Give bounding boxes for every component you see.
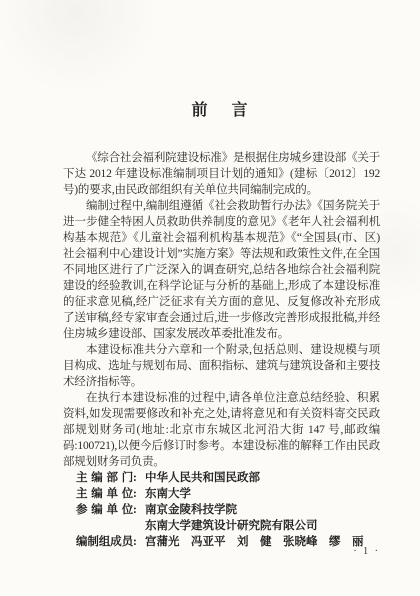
preface-paragraph-3: 本建设标准共分六章和一个附录,包括总则、建设规模与项目构成、选址与规划布局、面积…	[63, 342, 380, 390]
credit-row-participating-unit: 参编单位:南京金陵科技学院	[63, 502, 380, 518]
page-number: · 1 ·	[353, 546, 380, 557]
credit-label: 编制组成员	[76, 534, 133, 550]
credit-row-chief-department: 主编部门:中华人民共和国民政部	[63, 470, 380, 486]
credit-row-chief-unit: 主编单位:东南大学	[63, 486, 380, 502]
preface-paragraph-4: 在执行本建设标准的过程中,请各单位注意总结经验、积累资料,如发现需要修改和补充之…	[63, 390, 380, 470]
credit-value: 中华人民共和国民政部	[145, 472, 260, 484]
credit-row-participating-unit-2: 东南大学建筑设计研究院有限公司	[63, 518, 380, 534]
credit-value: 宫蒲光 冯亚平 刘 健 张晓峰 缪 丽	[145, 536, 364, 548]
credit-row-drafting-members: 编制组成员:宫蒲光 冯亚平 刘 健 张晓峰 缪 丽	[63, 534, 380, 550]
credit-colon: :	[133, 502, 145, 518]
credit-label: 主编部门	[76, 470, 133, 486]
credit-colon: :	[133, 534, 145, 550]
preface-paragraph-1: 《综合社会福利院建设标准》是根据住房城乡建设部《关于下达 2012 年建设标准编…	[63, 150, 380, 198]
preface-content: 《综合社会福利院建设标准》是根据住房城乡建设部《关于下达 2012 年建设标准编…	[63, 150, 380, 550]
credit-value: 东南大学	[145, 488, 191, 500]
credit-label: 参编单位	[76, 502, 133, 518]
credit-value: 东南大学建筑设计研究院有限公司	[145, 520, 318, 532]
preface-paragraph-2: 编制过程中,编制组遵循《社会救助暂行办法》《国务院关于进一步健全特困人员救助供养…	[63, 198, 380, 342]
credits-section: 主编部门:中华人民共和国民政部 主编单位:东南大学 参编单位:南京金陵科技学院 …	[63, 470, 380, 550]
document-page: 前 言 《综合社会福利院建设标准》是根据住房城乡建设部《关于下达 2012 年建…	[0, 0, 420, 596]
credit-label: 主编单位	[76, 486, 133, 502]
page-title: 前 言	[63, 97, 380, 120]
credit-colon: :	[133, 470, 145, 486]
credit-value: 南京金陵科技学院	[145, 504, 237, 516]
credit-colon: :	[133, 486, 145, 502]
